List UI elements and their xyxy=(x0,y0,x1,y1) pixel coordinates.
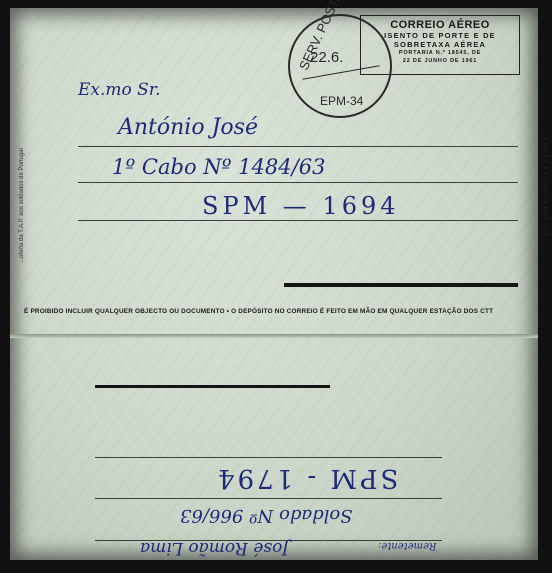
address-underline-bar xyxy=(284,283,518,287)
address-line-3 xyxy=(78,220,518,221)
sender-label: Remetente: xyxy=(378,540,437,551)
stamp-line-1: ISENTO DE PORTE E DE xyxy=(361,31,519,40)
stamp-line-3: PORTARIA N.º 18545, DE xyxy=(361,49,519,57)
left-margin-text: ...oferta da T.A.P. aos soldados de Port… xyxy=(19,103,25,263)
stamp-line-4: 22 DE JUNHO DE 1961 xyxy=(361,57,519,65)
right-margin-text: EDIÇÃO EXCLUSIVA DOS CTT xyxy=(542,138,548,288)
sender-rank-number: Soldado Nº 966/63 xyxy=(180,505,353,526)
postage-free-box: CORREIO AÉREO ISENTO DE PORTE E DE SOBRE… xyxy=(360,15,520,75)
recipient-rank-number: 1º Cabo Nº 1484/63 xyxy=(112,155,325,179)
sender-line-2 xyxy=(95,498,442,499)
postal-notice: É PROIBIDO INCLUIR QUALQUER OBJECTO OU D… xyxy=(24,308,524,315)
recipient-name: António José xyxy=(118,115,258,140)
address-line-2 xyxy=(78,182,518,183)
address-line-1 xyxy=(78,146,518,147)
stamp-line-2: SOBRETAXA AÉREA xyxy=(361,40,519,49)
postmark-bottom-text: EPM-34 xyxy=(320,94,363,108)
stamp-title: CORREIO AÉREO xyxy=(361,19,519,31)
sender-line-1 xyxy=(95,457,442,458)
recipient-spm: SPM — 1694 xyxy=(202,192,400,220)
sender-spm: SPM - 1794 xyxy=(215,463,398,493)
sender-top-bar xyxy=(95,385,330,388)
sender-name: José Romão Lima xyxy=(140,538,289,558)
postmark-date: 22.6. xyxy=(310,49,343,66)
recipient-salutation: Ex.mo Sr. xyxy=(78,80,160,100)
fold-line xyxy=(10,334,538,338)
